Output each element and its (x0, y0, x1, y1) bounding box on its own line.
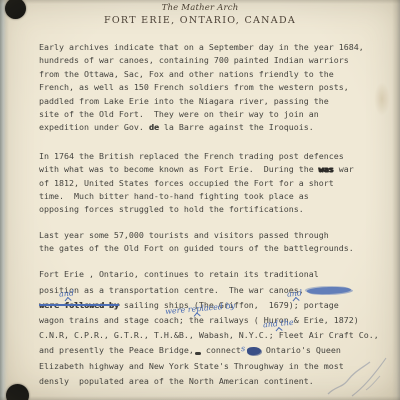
handwritten-insertion: and the (263, 318, 294, 330)
page-left-edge (0, 0, 9, 400)
typed-text: la Barre against the Iroquois. (159, 122, 314, 132)
typed-line: opposing forces struggled to hold the fo… (39, 203, 393, 216)
paragraph-gap (39, 217, 393, 229)
typed-line: French, as well as 150 French soldiers f… (39, 81, 393, 94)
typed-line: the gates of the Old Fort on guided tour… (39, 242, 393, 255)
page-right-edge (392, 0, 400, 400)
paragraph-gap (39, 135, 393, 150)
document-subtitle: FORT ERIE, ONTARIO, CANADA (0, 15, 400, 26)
typed-line: time. Much bitter hand-to-hand fighting … (39, 190, 393, 203)
typed-line: C.N.R, C.P.R., G.T.R., T.H.&B., Wabash, … (39, 328, 393, 343)
faint-pencil-scribble (322, 350, 392, 400)
typed-line: of 1812, United States forces occupied t… (39, 177, 393, 190)
typed-text: and presently the Peace Bridge, (39, 345, 194, 355)
typed-over-blot: was (319, 164, 334, 174)
paragraph-1: Early archives indicate that on a Septem… (39, 41, 393, 135)
typed-line: Last year some 57,000 tourists and visit… (39, 229, 393, 242)
pen-scribbled-out-suffix (247, 347, 261, 356)
punch-hole-bottom (6, 384, 29, 400)
handwritten-insertion: and (287, 288, 303, 298)
typed-text: C.N.R, C.P.R., G.T.R., T.H.&B., Wabash, … (39, 330, 279, 340)
typed-text: connect (201, 345, 241, 355)
typed-line: In 1764 the British replaced the French … (39, 150, 393, 163)
typed-line: site of the Old Fort. They were on their… (39, 108, 393, 121)
typed-line: with what was to become known as Fort Er… (39, 163, 393, 176)
paragraph-2: In 1764 the British replaced the French … (39, 150, 393, 217)
paragraph-gap (39, 255, 393, 267)
handwritten-insertion: and (59, 288, 75, 298)
typed-line: position as a transportation centre. The… (39, 283, 393, 298)
typed-text: position as a transportation centre. The… (39, 285, 304, 295)
typed-text: expedition under Gov. (39, 122, 149, 132)
typed-text: with what was to become known as Fort Er… (39, 164, 319, 174)
typed-text: Fleet Air Craft Co., (279, 330, 379, 340)
typed-line: hundreds of war canoes, containing 700 p… (39, 54, 393, 67)
document-heading: The Mather Arch FORT ERIE, ONTARIO, CANA… (0, 3, 400, 26)
typed-line: Early archives indicate that on a Septem… (39, 41, 393, 54)
typed-line: paddled from Lake Erie into the Niagara … (39, 95, 393, 108)
typed-body: Early archives indicate that on a Septem… (39, 41, 393, 389)
typed-line: from the Ottawa, Sac, Fox and other nati… (39, 68, 393, 81)
overtyped-word: de (149, 122, 159, 132)
typed-text: portage (304, 300, 339, 310)
document-title: The Mather Arch (0, 3, 400, 13)
typed-line: Fort Erie , Ontario, continues to retain… (39, 267, 393, 282)
typed-line: wagon trains and stage coach; the railwa… (39, 313, 393, 328)
pen-scribbled-out-word (306, 286, 352, 295)
typed-text: war (334, 164, 354, 174)
paragraph-3: Last year some 57,000 tourists and visit… (39, 229, 393, 256)
struck-through-phrase: were followed by (39, 300, 119, 310)
handwritten-insertion: s (240, 344, 245, 353)
scanned-typewritten-page: The Mather Arch FORT ERIE, ONTARIO, CANA… (0, 0, 400, 400)
typed-line: expedition under Gov. de la Barre agains… (39, 121, 393, 134)
